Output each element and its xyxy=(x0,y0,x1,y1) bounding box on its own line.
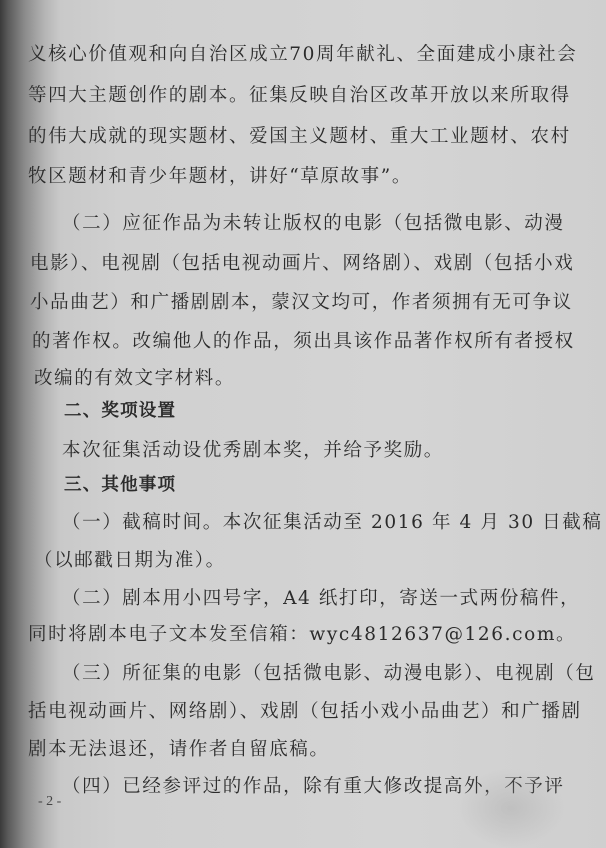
text-line: 的著作权。改编他人的作品，须出具该作品著作权所有者授权 xyxy=(32,327,575,353)
text-line: （二）应征作品为未转让版权的电影（包括微电影、动漫 xyxy=(62,209,565,235)
text-line: 牧区题材和青少年题材，讲好“草原故事”。 xyxy=(28,162,412,188)
section-body-awards: 本次征集活动设优秀剧本奖，并给予奖励。 xyxy=(62,436,444,462)
text-line: 义核心价值观和向自治区成立70周年献礼、全面建成小康社会 xyxy=(28,40,577,66)
text-line: （三）所征集的电影（包括微电影、动漫电影）、电视剧（包 xyxy=(62,659,595,685)
document-page: 义核心价值观和向自治区成立70周年献礼、全面建成小康社会 等四大主题创作的剧本。… xyxy=(0,0,606,848)
page-number: - 2 - xyxy=(38,794,61,810)
paper-smudge xyxy=(456,768,566,848)
text-line: 的伟大成就的现实题材、爱国主义题材、重大工业题材、农村 xyxy=(28,122,571,148)
text-line: 等四大主题创作的剧本。征集反映自治区改革开放以来所取得 xyxy=(28,81,571,107)
text-line: （一）截稿时间。本次征集活动至 2016 年 4 月 30 日截稿 xyxy=(62,508,602,534)
text-line: 括电视动画片、网络剧）、戏剧（包括小戏小品曲艺）和广播剧 xyxy=(28,697,582,723)
text-line: （二）剧本用小四号字，A4 纸打印，寄送一式两份稿件， xyxy=(62,584,580,610)
section-heading-awards: 二、奖项设置 xyxy=(64,397,176,422)
text-line: 剧本无法退还，请作者自留底稿。 xyxy=(28,735,330,761)
text-line: 改编的有效文字材料。 xyxy=(34,364,235,390)
section-heading-other: 三、其他事项 xyxy=(64,471,176,496)
text-line: 同时将剧本电子文本发至信箱：wyc4812637@126.com。 xyxy=(28,620,576,646)
text-line: （以邮戳日期为准）。 xyxy=(34,546,226,572)
text-line: 电影）、电视剧（包括电视动画片、网络剧）、戏剧（包括小戏 xyxy=(30,249,574,275)
text-line: 小品曲艺）和广播剧剧本，蒙汉文均可，作者须拥有无可争议 xyxy=(30,288,573,314)
